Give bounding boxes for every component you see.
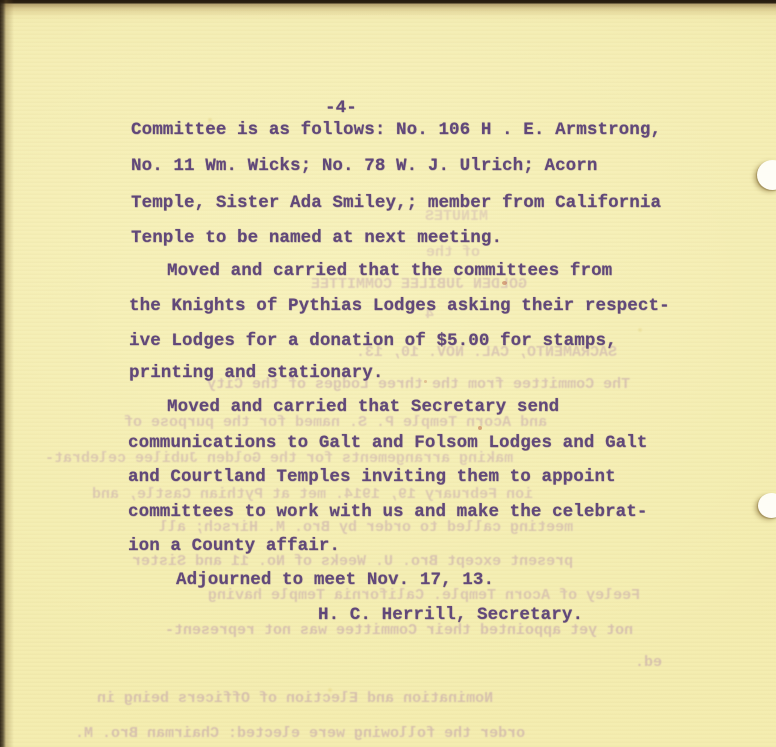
typewritten-line: the Knights of Pythias Lodges asking the… bbox=[129, 296, 670, 316]
typewritten-line: Committee is as follows: No. 106 H . E. … bbox=[131, 120, 661, 140]
typewritten-line: H. C. Herrill, Secretary. bbox=[318, 605, 583, 625]
bleedthrough-line: ion February 19, 1914. met at Pythian Ca… bbox=[92, 486, 533, 503]
typewritten-line: Moved and carried that Secretary send bbox=[167, 397, 559, 417]
scan-edge-left bbox=[0, 0, 14, 747]
typewritten-line: communications to Galt and Folsom Lodges… bbox=[128, 433, 647, 453]
paper-speck bbox=[502, 281, 507, 285]
typewritten-line: No. 11 Wm. Wicks; No. 78 W. J. Ulrich; A… bbox=[131, 156, 597, 176]
page-number: -4- bbox=[325, 98, 357, 118]
scan-edge-top bbox=[0, 0, 776, 16]
typewritten-line: ion a County affair. bbox=[128, 536, 340, 556]
scanned-page: MINUTESof theGOLDEN JUBILEE COMMITTEE4SA… bbox=[0, 0, 776, 747]
typewritten-line: printing and stationary. bbox=[129, 363, 383, 383]
typewritten-line: Adjourned to meet Nov. 17, 13. bbox=[176, 570, 494, 590]
bleedthrough-line: order the following were elected: Chairm… bbox=[75, 725, 525, 742]
typewritten-line: Tenple to be named at next meeting. bbox=[131, 228, 502, 248]
typewritten-line: and Courtland Temples inviting them to a… bbox=[128, 467, 616, 487]
punch-hole-bottom bbox=[758, 493, 776, 518]
typewritten-line: ive Lodges for a donation of $5.00 for s… bbox=[129, 331, 617, 351]
punch-hole-top bbox=[757, 160, 776, 190]
paper-speck bbox=[424, 380, 427, 383]
bleedthrough-line: Nomination and Election of Officers bein… bbox=[97, 690, 493, 707]
typewritten-line: Moved and carried that the committees fr… bbox=[167, 261, 612, 281]
paper-speck bbox=[478, 426, 482, 430]
typewritten-line: Temple, Sister Ada Smiley,; member from … bbox=[131, 193, 661, 213]
bleedthrough-line: ed. bbox=[635, 654, 662, 671]
typewritten-line: committees to work with us and make the … bbox=[128, 502, 647, 522]
